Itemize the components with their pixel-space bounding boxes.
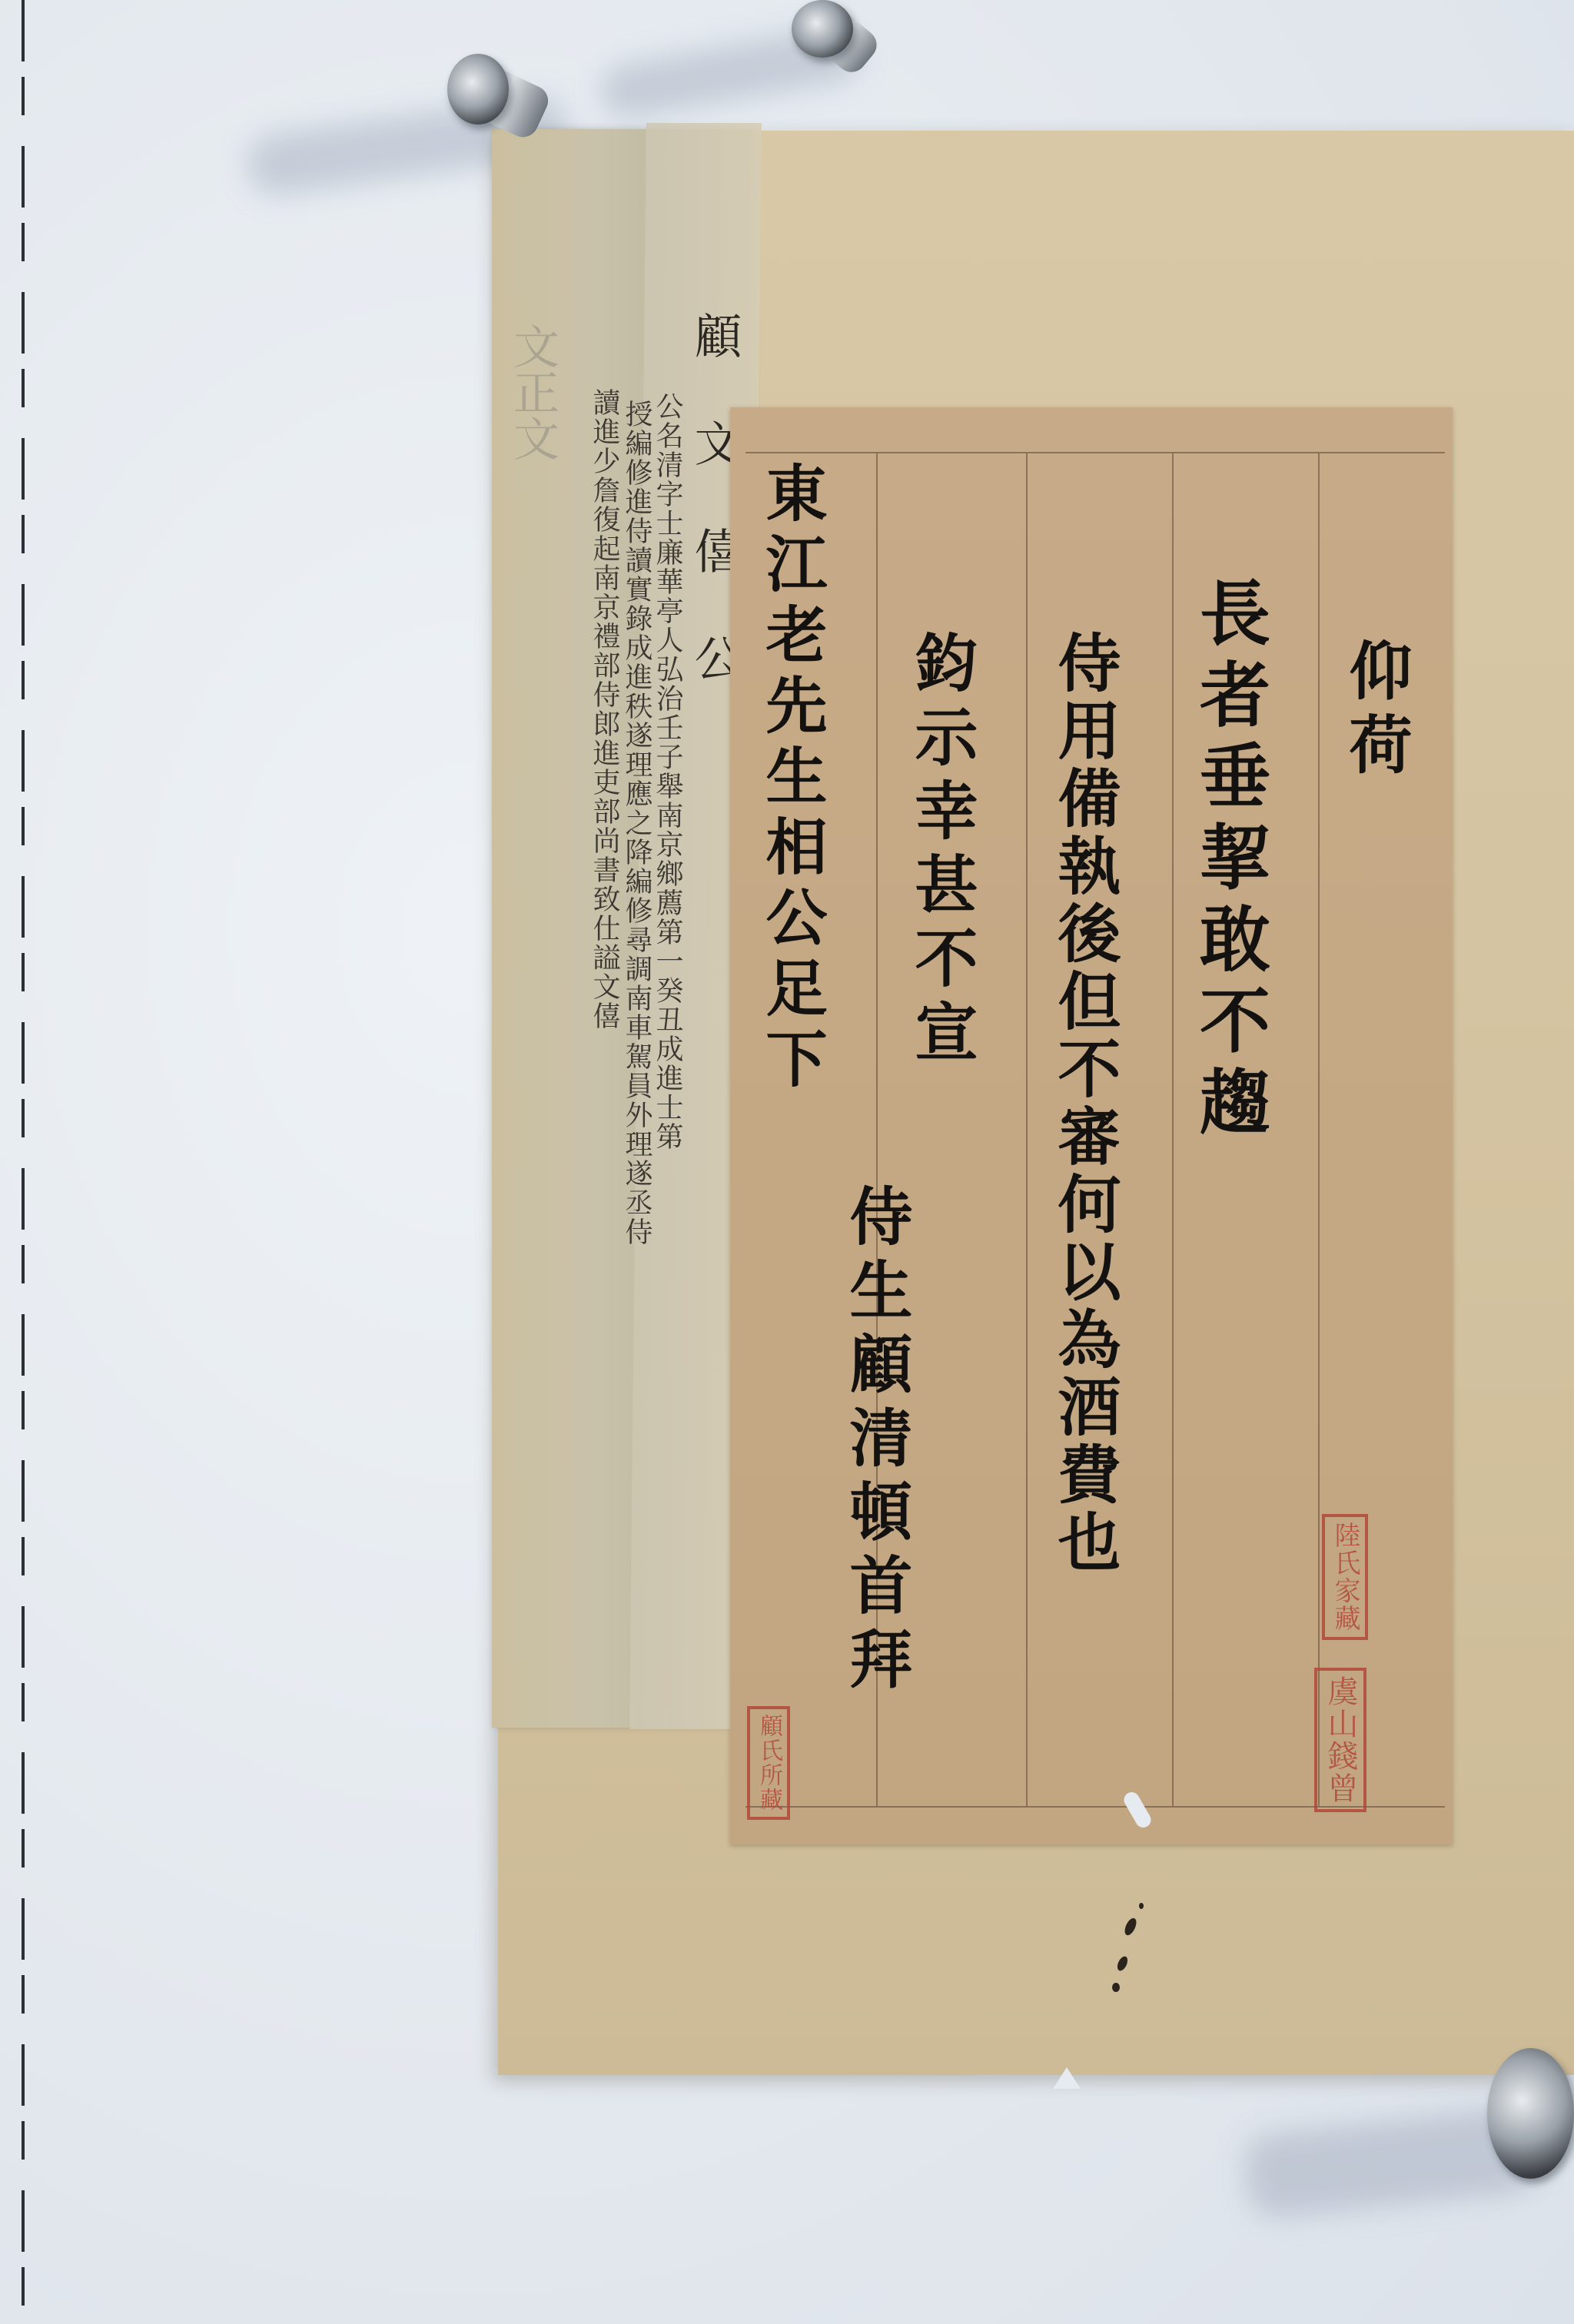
letter-column-5-signature: 侍生顧清頓首拜: [838, 1184, 915, 1700]
column-rule: [1026, 453, 1028, 1806]
letter-column-3: 侍用備執後但不審何以為酒費也: [1049, 630, 1120, 1577]
wall-pin-icon: [447, 54, 509, 124]
annotation-column: 公名清字士廉華亭人弘治壬子舉南京鄉薦第一癸丑成進士第: [652, 392, 682, 1151]
wall-pin-icon: [792, 0, 853, 58]
seal-upper-right: 陸氏家藏: [1322, 1514, 1368, 1640]
annotation-column: 讀進少詹復起南京禮部侍郎進吏部尚書致仕謚文僖: [589, 388, 619, 1031]
annotation-column: 授編修進侍讀實錄成進秩遂理應之降編修尋調南車駕員外理遂丞侍: [621, 400, 652, 1247]
letter-column-1: 仰荷: [1337, 638, 1414, 785]
column-rule: [1318, 453, 1320, 1806]
letter-column-2: 長者垂挈敢不趨: [1191, 576, 1268, 1147]
letter-column-6-addressee: 東江老先生相公足下: [753, 461, 830, 1097]
show-through-text: 文正文: [513, 323, 583, 461]
wall-dashed-line: [22, 0, 25, 2324]
letter-column-4: 鈞示幸甚不宣: [903, 630, 980, 1073]
worm-hole: [1112, 1983, 1120, 1992]
paper-tear: [1121, 1789, 1154, 1830]
top-border-rule: [745, 452, 1445, 453]
letter-sheet: 仰荷 長者垂挈敢不趨 侍用備執後但不審何以為酒費也 鈞示幸甚不宣 侍生顧清頓首拜…: [730, 407, 1453, 1844]
column-rule: [1172, 453, 1174, 1806]
worm-hole: [1139, 1903, 1144, 1909]
seal-lower-left: 顧氏所藏: [747, 1706, 790, 1820]
wall-pin-icon: [1487, 2048, 1574, 2179]
board-tear: [1053, 2067, 1081, 2089]
seal-lower-right: 虞山錢曾: [1314, 1668, 1366, 1812]
